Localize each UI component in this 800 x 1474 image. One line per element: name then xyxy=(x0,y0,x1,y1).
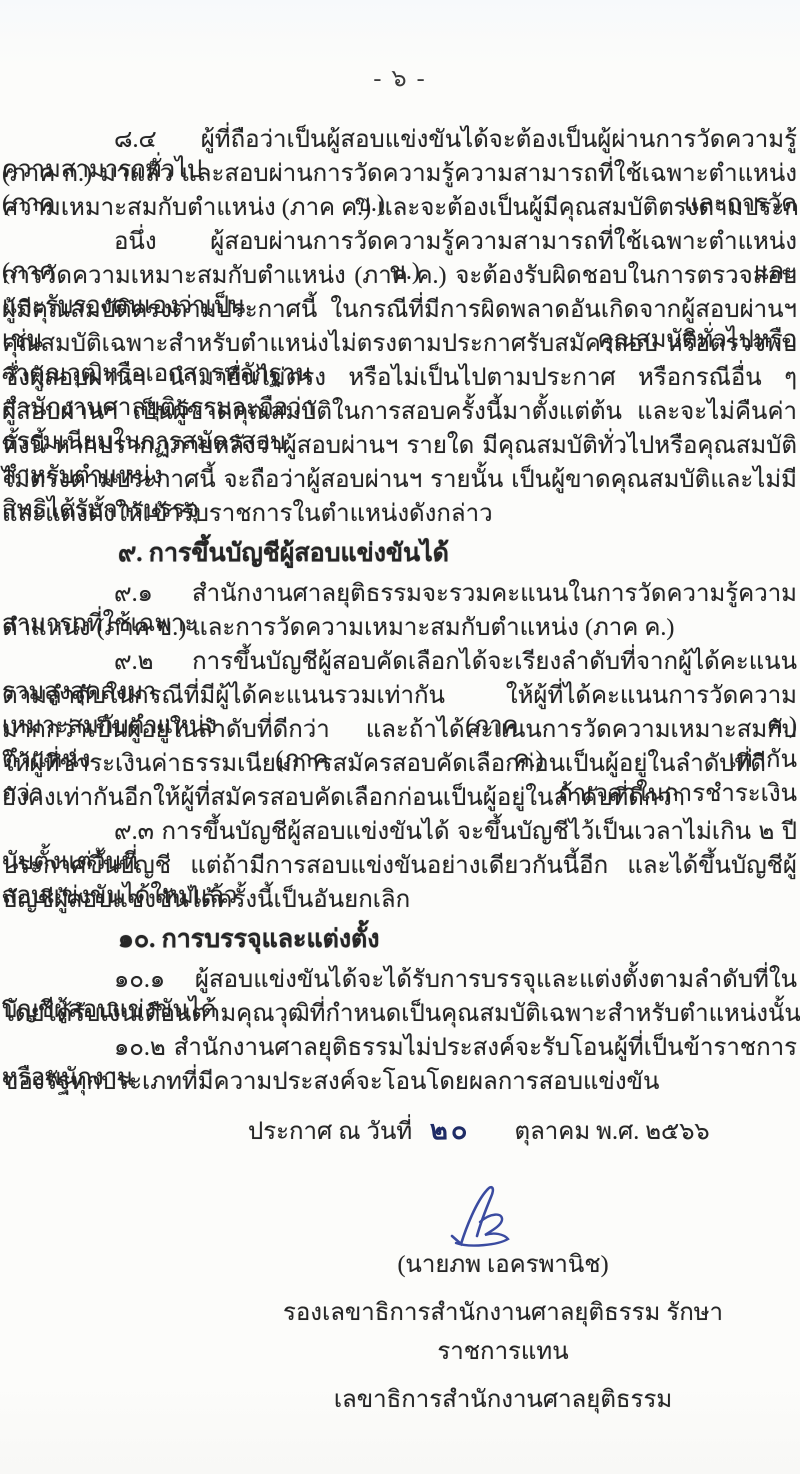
signer-title-2: เลขาธิการสำนักงานศาลยุติธรรม xyxy=(250,1379,756,1418)
date-prefix: ประกาศ ณ วันที่ xyxy=(248,1111,412,1150)
date-suffix: ตุลาคม พ.ศ. ๒๕๖๖ xyxy=(515,1111,710,1150)
signer-name: (นายภพ เอครพานิช) xyxy=(250,1244,756,1283)
text-line: ยังคงเท่ากันอีกให้ผู้ที่สมัครสอบคัดเลือก… xyxy=(2,783,797,813)
text-line: และแต่งตั้งให้เข้ารับราชการในตำแหน่งดังก… xyxy=(2,499,797,529)
section-heading: ๑๐. การบรรจุและแต่งตั้ง xyxy=(118,925,379,955)
signature-block: (นายภพ เอครพานิช) รองเลขาธิการสำนักงานศา… xyxy=(250,1244,756,1427)
announcement-date-line: ประกาศ ณ วันที่ ๒๐ ตุลาคม พ.ศ. ๒๕๖๖ xyxy=(248,1108,710,1151)
document-page: - ๖ - ๘.๔ ผู้ที่ถือว่าเป็นผู้สอบแข่งขันไ… xyxy=(0,0,800,1474)
text-line: ความเหมาะสมกับตำแหน่ง (ภาค ค.) และจะต้อง… xyxy=(2,193,797,223)
text-line: ของรัฐทุกประเภทที่มีความประสงค์จะโอนโดยผ… xyxy=(2,1067,797,1097)
section-heading: ๙. การขึ้นบัญชีผู้สอบแข่งขันได้ xyxy=(118,539,449,569)
page-number: - ๖ - xyxy=(0,58,800,97)
handwritten-day: ๒๐ xyxy=(430,1108,471,1152)
signer-title-1: รองเลขาธิการสำนักงานศาลยุติธรรม รักษาราช… xyxy=(250,1292,756,1370)
text-line: ตำแหน่ง (ภาค ข.) และการวัดความเหมาะสมกับ… xyxy=(2,613,797,643)
text-line: โดยได้รับเงินเดือนตามคุณวุฒิที่กำหนดเป็น… xyxy=(2,999,797,1029)
text-line: บัญชีผู้สอบแข่งขันได้ครั้งนี้เป็นอันยกเล… xyxy=(2,885,797,915)
